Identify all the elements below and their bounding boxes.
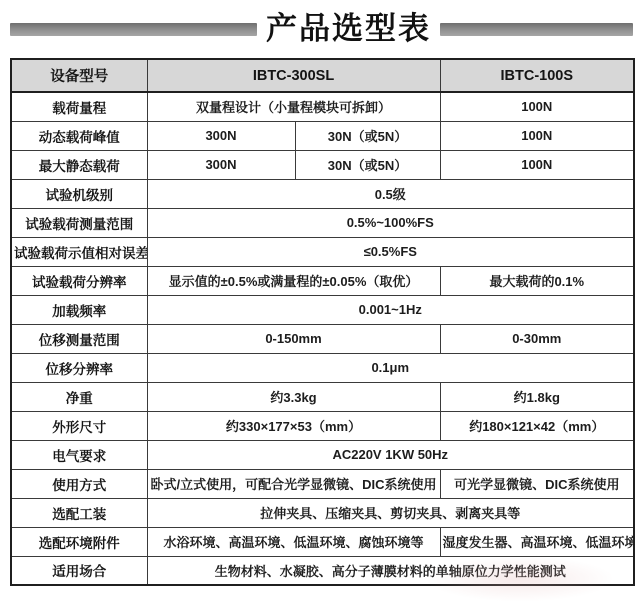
row-value: 约180×121×42（mm） <box>440 411 634 440</box>
table-row: 外形尺寸约330×177×53（mm）约180×121×42（mm） <box>11 411 634 440</box>
spec-table-body: 载荷量程双量程设计（小量程模块可拆卸）100N动态载荷峰值300N30N（或5N… <box>11 92 634 585</box>
row-value: 约330×177×53（mm） <box>147 411 440 440</box>
table-row: 最大静态载荷300N30N（或5N）100N <box>11 150 634 179</box>
row-label: 最大静态载荷 <box>11 150 147 179</box>
page-header: 产品选型表 <box>10 8 633 50</box>
row-value: 可光学显微镜、DIC系统使用 <box>440 469 634 498</box>
row-label: 选配工装 <box>11 498 147 527</box>
table-row: 试验机级别0.5级 <box>11 179 634 208</box>
row-label: 试验载荷示值相对误差 <box>11 237 147 266</box>
row-label: 试验载荷分辨率 <box>11 266 147 295</box>
row-label: 位移测量范围 <box>11 324 147 353</box>
row-label: 加载频率 <box>11 295 147 324</box>
row-value: 0.5级 <box>147 179 634 208</box>
row-value: 300N <box>147 121 295 150</box>
table-row: 选配环境附件水浴环境、高温环境、低温环境、腐蚀环境等湿度发生器、高温环境、低温环… <box>11 527 634 556</box>
table-row: 试验载荷分辨率显示值的±0.5%或满量程的±0.05%（取优）最大载荷的0.1% <box>11 266 634 295</box>
table-row: 选配工装拉伸夹具、压缩夹具、剪切夹具、剥离夹具等 <box>11 498 634 527</box>
row-value: 0-30mm <box>440 324 634 353</box>
title-decoration-bar-left <box>10 23 257 36</box>
row-value: 显示值的±0.5%或满量程的±0.05%（取优） <box>147 266 440 295</box>
row-value: 卧式/立式使用，可配合光学显微镜、DIC系统使用 <box>147 469 440 498</box>
row-label: 试验机级别 <box>11 179 147 208</box>
page-title: 产品选型表 <box>266 8 431 50</box>
title-decoration-bar-right <box>440 23 633 36</box>
table-row: 净重约3.3kg约1.8kg <box>11 382 634 411</box>
table-row: 使用方式卧式/立式使用，可配合光学显微镜、DIC系统使用可光学显微镜、DIC系统… <box>11 469 634 498</box>
row-value: 0-150mm <box>147 324 440 353</box>
row-label: 试验载荷测量范围 <box>11 208 147 237</box>
row-value: 0.1μm <box>147 353 634 382</box>
row-label: 动态载荷峰值 <box>11 121 147 150</box>
row-value: 生物材料、水凝胶、高分子薄膜材料的单轴原位力学性能测试 <box>147 556 634 585</box>
row-label: 外形尺寸 <box>11 411 147 440</box>
table-row: 加载频率0.001~1Hz <box>11 295 634 324</box>
row-label: 电气要求 <box>11 440 147 469</box>
row-label: 载荷量程 <box>11 92 147 121</box>
row-value: 100N <box>440 121 634 150</box>
row-label: 适用场合 <box>11 556 147 585</box>
table-row: 试验载荷测量范围0.5%~100%FS <box>11 208 634 237</box>
table-row: 电气要求AC220V 1KW 50Hz <box>11 440 634 469</box>
table-row: 试验载荷示值相对误差≤0.5%FS <box>11 237 634 266</box>
row-label: 使用方式 <box>11 469 147 498</box>
row-value: 水浴环境、高温环境、低温环境、腐蚀环境等 <box>147 527 440 556</box>
header-model-ibtc-100s: IBTC-100S <box>440 59 634 92</box>
table-header-row: 设备型号 IBTC-300SL IBTC-100S <box>11 59 634 92</box>
row-value: AC220V 1KW 50Hz <box>147 440 634 469</box>
row-value: 约3.3kg <box>147 382 440 411</box>
row-value: 最大载荷的0.1% <box>440 266 634 295</box>
row-value: 30N（或5N） <box>295 150 440 179</box>
row-value: 拉伸夹具、压缩夹具、剪切夹具、剥离夹具等 <box>147 498 634 527</box>
row-value: 30N（或5N） <box>295 121 440 150</box>
row-value: 300N <box>147 150 295 179</box>
header-device-model: 设备型号 <box>11 59 147 92</box>
table-row: 动态载荷峰值300N30N（或5N）100N <box>11 121 634 150</box>
row-value: 双量程设计（小量程模块可拆卸） <box>147 92 440 121</box>
row-label: 选配环境附件 <box>11 527 147 556</box>
row-value: 0.001~1Hz <box>147 295 634 324</box>
row-value: 0.5%~100%FS <box>147 208 634 237</box>
row-label: 净重 <box>11 382 147 411</box>
row-value: 湿度发生器、高温环境、低温环境 <box>440 527 634 556</box>
table-row: 适用场合生物材料、水凝胶、高分子薄膜材料的单轴原位力学性能测试 <box>11 556 634 585</box>
row-label: 位移分辨率 <box>11 353 147 382</box>
table-row: 位移分辨率0.1μm <box>11 353 634 382</box>
row-value: 100N <box>440 150 634 179</box>
table-row: 载荷量程双量程设计（小量程模块可拆卸）100N <box>11 92 634 121</box>
product-spec-table: 设备型号 IBTC-300SL IBTC-100S 载荷量程双量程设计（小量程模… <box>10 58 635 586</box>
row-value: 100N <box>440 92 634 121</box>
row-value: ≤0.5%FS <box>147 237 634 266</box>
table-row: 位移测量范围0-150mm0-30mm <box>11 324 634 353</box>
row-value: 约1.8kg <box>440 382 634 411</box>
header-model-ibtc-300sl: IBTC-300SL <box>147 59 440 92</box>
